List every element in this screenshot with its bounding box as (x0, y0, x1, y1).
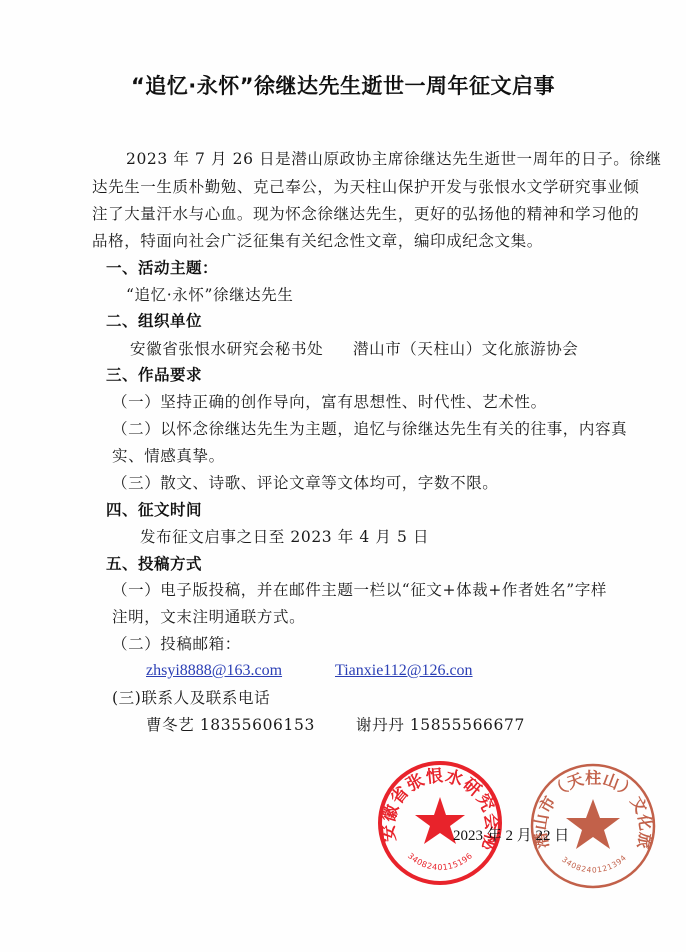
submission-item-1-line-2: 注明，文末注明通联方式。 (112, 607, 305, 627)
intro-line-1: 2023 年 7 月 26 日是潜山原政协主席徐继达先生逝世一周年的日子。徐继 (126, 149, 662, 169)
document-page: “追忆·永怀”徐继达先生逝世一周年征文启事 2023 年 7 月 26 日是潜山… (0, 0, 686, 952)
organizer-2: 潜山市（天柱山）文化旅游协会 (353, 339, 578, 359)
seal-1-code: 3408240115196 (406, 851, 474, 872)
intro-line-2: 达先生一生质朴勤勉、克己奉公，为天柱山保护开发与张恨水文学研究事业倾 (92, 177, 639, 197)
contact-1: 曹冬艺 18355606153 (146, 715, 315, 735)
section-organizers-heading: 二、组织单位 (106, 311, 202, 331)
requirement-1: （一）坚持正确的创作导向，富有思想性、时代性、艺术性。 (112, 392, 547, 412)
document-date: 2023 年 2 月 22 日 (453, 824, 569, 845)
email-link-2[interactable]: Tianxie112@126.con (335, 661, 473, 681)
document-title: “追忆·永怀”徐继达先生逝世一周年征文启事 (0, 70, 686, 100)
submission-item-2: （二）投稿邮箱： (112, 634, 241, 654)
svg-text:3408240121394: 3408240121394 (560, 853, 628, 875)
official-seal-1: 安徽省张恨水研究会秘书处 3408240115196 (376, 759, 504, 887)
organizer-1: 安徽省张恨水研究会秘书处 (130, 339, 323, 359)
section-period-content: 发布征文启事之日至 2023 年 4 月 5 日 (140, 527, 429, 547)
contact-2: 谢丹丹 15855566677 (356, 715, 525, 735)
section-submission-heading: 五、投稿方式 (106, 554, 202, 574)
intro-line-4: 品格，特面向社会广泛征集有关纪念性文章，编印成纪念文集。 (92, 231, 543, 251)
submission-item-1-line-1: （一）电子版投稿，并在邮件主题一栏以“征文+体裁+作者姓名”字样 (112, 580, 607, 600)
intro-line-3: 注了大量汗水与心血。现为怀念徐继达先生，更好的弘扬他的精神和学习他的 (92, 204, 639, 224)
requirement-2-cont: 实、情感真挚。 (112, 446, 225, 466)
section-requirements-heading: 三、作品要求 (106, 365, 202, 385)
requirement-3: （三）散文、诗歌、评论文章等文体均可，字数不限。 (112, 473, 498, 493)
requirement-2: （二）以怀念徐继达先生为主题，追忆与徐继达先生有关的往事，内容真 (112, 419, 627, 439)
section-period-heading: 四、征文时间 (106, 500, 202, 520)
section-theme-heading: 一、活动主题： (106, 258, 218, 278)
section-theme-content: “追忆·永怀”徐继达先生 (126, 285, 293, 305)
submission-item-3: (三)联系人及联系电话 (112, 688, 270, 708)
svg-text:3408240115196: 3408240115196 (406, 851, 474, 872)
star-icon (566, 799, 620, 849)
seal-2-code: 3408240121394 (560, 853, 628, 875)
email-link-1[interactable]: zhsyi8888@163.com (146, 661, 282, 681)
